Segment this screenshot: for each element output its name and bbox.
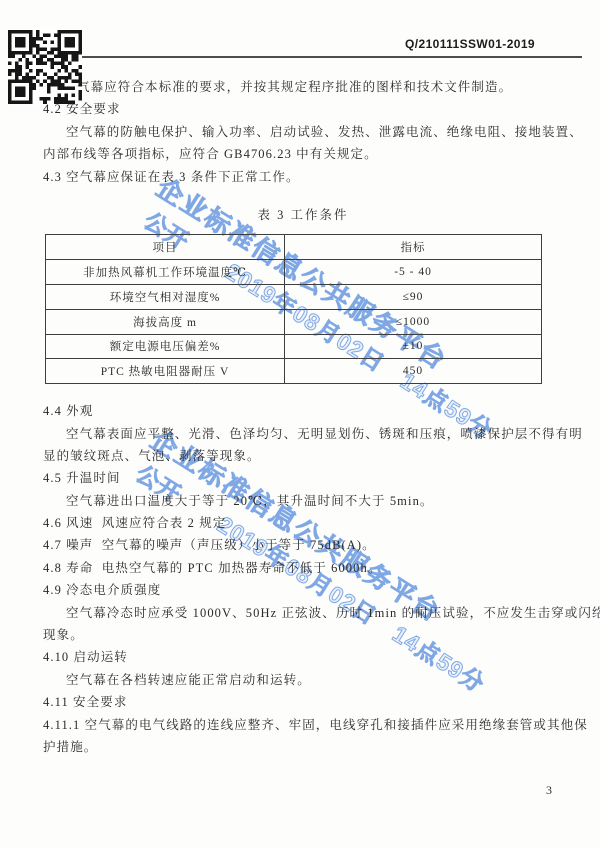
table-header-item: 项目 <box>46 235 285 260</box>
text-line: 4.11 安全要求 <box>43 691 563 713</box>
text-line: 4.11.1 空气幕的电气线路的连线应整齐、牢固，电线穿孔和接插件应采用绝缘套管… <box>43 714 563 736</box>
table-cell-item: PTC 热敏电阻器耐压 V <box>46 359 285 384</box>
table-cell-item: 环境空气相对湿度% <box>46 284 285 309</box>
text-line: 空气幕进出口温度大于等于 20℃，其升温时间不大于 5min。 <box>43 490 563 512</box>
table-cell-indicator: -5 - 40 <box>285 260 542 285</box>
table-cell-item: 海拔高度 m <box>46 309 285 334</box>
table-row: 非加热风幕机工作环境温度℃ -5 - 40 <box>46 260 542 285</box>
table-cell-indicator: ≤90 <box>285 284 542 309</box>
clauses-top: 气幕应符合本标准的要求，并按其规定程序批准的图样和技术文件制造。 4.2 安全要… <box>43 76 563 188</box>
document-page: Q/210111SSW01-2019 企业标准信息公共服务平台 公开 2019年… <box>0 0 600 848</box>
table-row: 环境空气相对湿度% ≤90 <box>46 284 542 309</box>
text-line: 4.5 升温时间 <box>43 467 563 489</box>
table-cell-indicator: ≤1000 <box>285 309 542 334</box>
text-line: 护措施。 <box>43 736 563 758</box>
text-line: 4.9 冷态电介质强度 <box>43 579 563 601</box>
table-cell-indicator: 450 <box>285 359 542 384</box>
text-line: 现象。 <box>43 624 563 646</box>
working-conditions-table: 项目 指标 非加热风幕机工作环境温度℃ -5 - 40 环境空气相对湿度% ≤9… <box>45 234 542 384</box>
table-header-indicator: 指标 <box>285 235 542 260</box>
table-cell-item: 非加热风幕机工作环境温度℃ <box>46 260 285 285</box>
text-line: 4.10 启动运转 <box>43 646 563 668</box>
document-content: 气幕应符合本标准的要求，并按其规定程序批准的图样和技术文件制造。 4.2 安全要… <box>43 76 563 758</box>
table-header-row: 项目 指标 <box>46 235 542 260</box>
page-number: 3 <box>546 783 552 798</box>
table-title: 表 3 工作条件 <box>43 204 563 226</box>
text-line: 4.4 外观 <box>43 400 563 422</box>
text-line: 内部布线等各项指标，应符合 GB4706.23 中有关规定。 <box>43 143 563 165</box>
text-line: 空气幕冷态时应承受 1000V、50Hz 正弦波、历时 1min 的耐压试验，不… <box>43 602 563 624</box>
text-line: 空气幕的防触电保护、输入功率、启动试验、发热、泄露电流、绝缘电阻、接地装置、 <box>43 121 563 143</box>
table-cell-indicator: ±10 <box>285 334 542 359</box>
text-line: 空气幕表面应平整、光滑、色泽均匀、无明显划伤、锈斑和压痕，喷漆保护层不得有明 <box>43 423 563 445</box>
text-line: 4.2 安全要求 <box>43 98 563 120</box>
text-line: 4.6 风速 风速应符合表 2 规定 <box>43 512 563 534</box>
clauses-bottom: 4.4 外观 空气幕表面应平整、光滑、色泽均匀、无明显划伤、锈斑和压痕，喷漆保护… <box>43 400 563 758</box>
text-line: 4.8 寿命 电热空气幕的 PTC 加热器寿命不低于 6000h。 <box>43 557 563 579</box>
text-line: 4.7 噪声 空气幕的噪声（声压级）小于等于 75dB(A)。 <box>43 534 563 556</box>
table-row: PTC 热敏电阻器耐压 V 450 <box>46 359 542 384</box>
table-row: 额定电源电压偏差% ±10 <box>46 334 542 359</box>
table-cell-item: 额定电源电压偏差% <box>46 334 285 359</box>
header-rule <box>30 56 582 58</box>
doc-number: Q/210111SSW01-2019 <box>405 37 535 51</box>
table-row: 海拔高度 m ≤1000 <box>46 309 542 334</box>
text-line: 空气幕在各档转速应能正常启动和运转。 <box>43 669 563 691</box>
text-line: 4.3 空气幕应保证在表 3 条件下正常工作。 <box>43 166 563 188</box>
text-line: 显的皱纹斑点、气泡、剥落等现象。 <box>43 445 563 467</box>
text-line: 气幕应符合本标准的要求，并按其规定程序批准的图样和技术文件制造。 <box>43 76 563 98</box>
